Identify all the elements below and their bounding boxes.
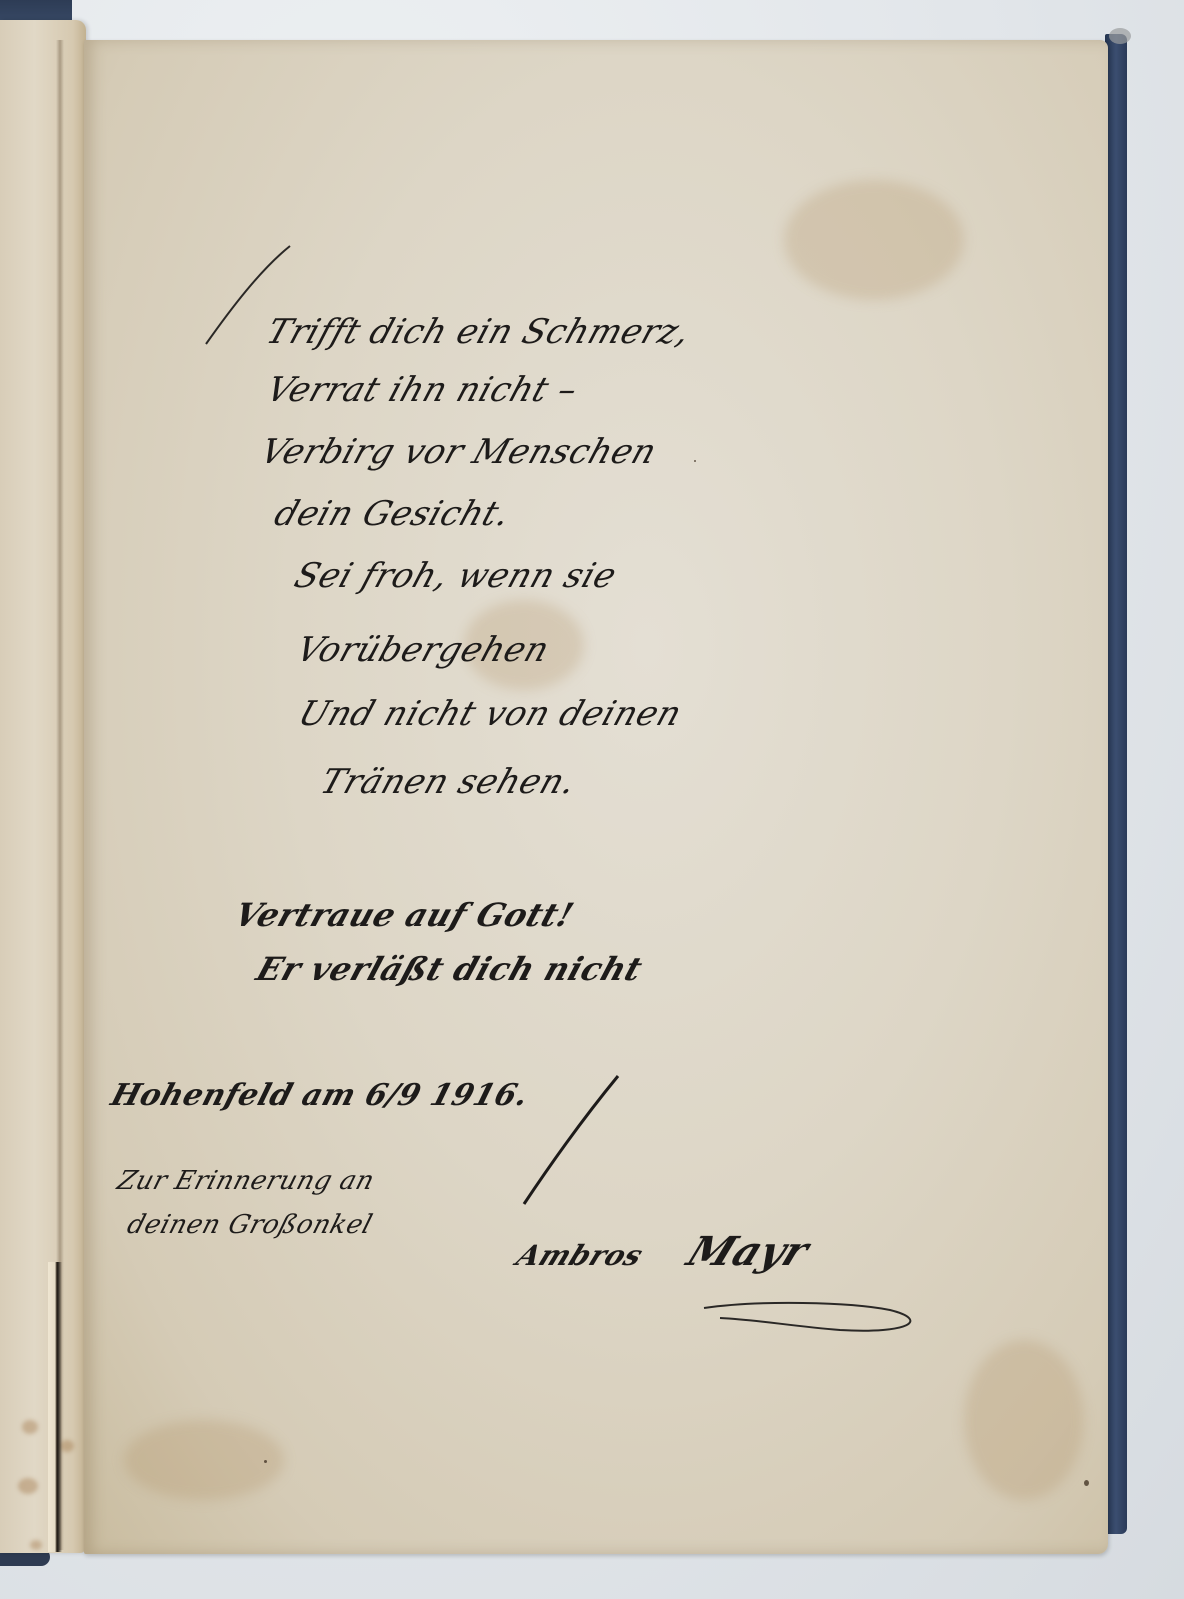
left-flyleaf-page bbox=[0, 20, 86, 1553]
poem-line-4: dein Gesicht. bbox=[270, 494, 516, 534]
signature-last-name: Mayr bbox=[681, 1228, 817, 1275]
poem-line-8: Tränen sehen. bbox=[316, 762, 582, 802]
torn-hinge bbox=[48, 1262, 62, 1552]
signature: Ambros Mayr bbox=[511, 1228, 817, 1275]
poem-line-1: Trifft dich ein Schmerz, bbox=[262, 312, 696, 352]
poem-line-6: Vorübergehen bbox=[292, 630, 555, 670]
place-date: Hohenfeld am 6/9 1916. bbox=[107, 1078, 533, 1113]
motto-line-1: Vertraue auf Gott! bbox=[230, 896, 579, 934]
poem-line-5: Sei froh, wenn sie bbox=[290, 556, 622, 596]
poem-line-7: Und nicht von deinen bbox=[294, 694, 687, 734]
poem-line-3: Verbirg vor Menschen bbox=[256, 432, 662, 472]
motto-line-2: Er verläßt dich nicht bbox=[252, 950, 648, 988]
dedication-line-1: Zur Erinnerung an bbox=[114, 1166, 378, 1196]
signature-diagonal-stroke bbox=[520, 1070, 630, 1210]
book-cover-spine-edge bbox=[1105, 34, 1127, 1534]
signature-first-name: Ambros bbox=[512, 1239, 648, 1272]
poem-line-2: Verrat ihn nicht – bbox=[262, 370, 583, 410]
dedication-line-2: deinen Großonkel bbox=[124, 1210, 376, 1240]
signature-underline-flourish bbox=[700, 1290, 940, 1350]
